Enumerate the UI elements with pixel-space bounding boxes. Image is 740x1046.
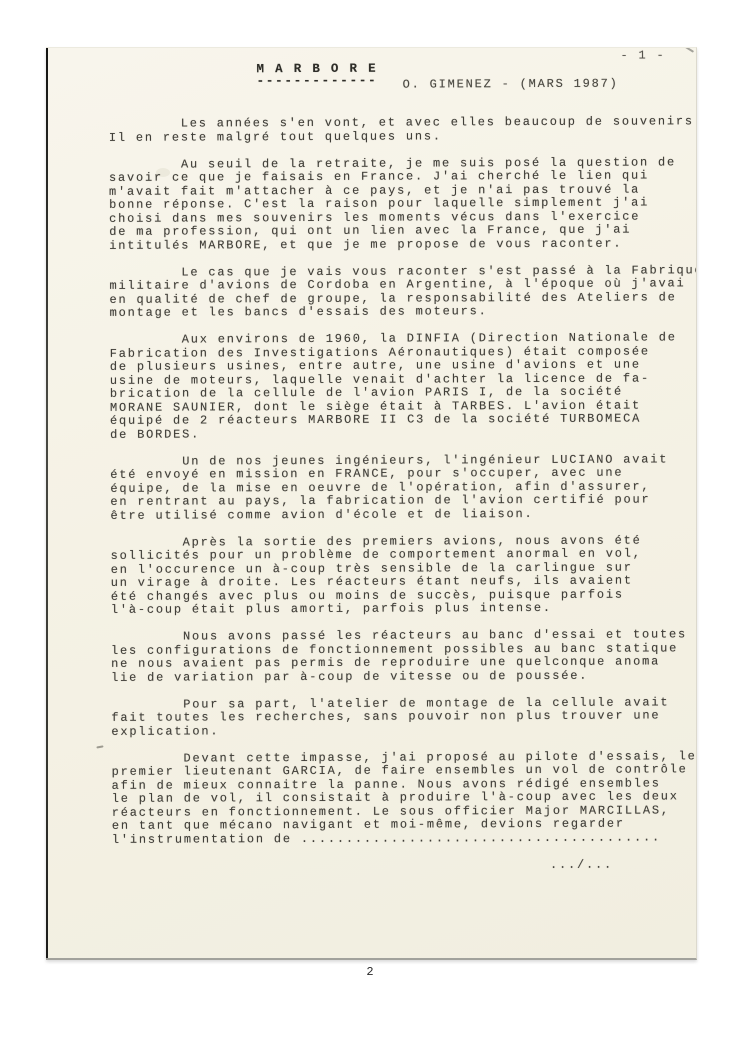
paragraph: Au seuil de la retraite, je me suis posé… [109, 156, 697, 253]
paragraph: Devant cette impasse, j'ai proposé au pi… [111, 750, 697, 847]
typed-page-number: - 1 - [620, 49, 665, 62]
page-scan-edge [46, 48, 48, 958]
paragraph: Après la sortie des premiers avions, nou… [111, 534, 697, 618]
paragraph: Le cas que je vais vous raconter s'est p… [109, 264, 697, 321]
corner-mark [685, 47, 694, 52]
author-byline: O. GIMENEZ - (MARS 1987) [403, 78, 619, 92]
page-content: M A R B O R E ------------- O. GIMENEZ -… [46, 47, 697, 959]
screenshot-root: { "colors": { "background": "#ffffff", "… [0, 0, 740, 1046]
pen-mark [96, 745, 103, 748]
paragraph: Un de nos jeunes ingénieurs, l'ingénieur… [110, 453, 697, 523]
paragraph: Pour sa part, l'atelier de montage de la… [111, 696, 697, 739]
scan-page-number: 2 [362, 965, 378, 979]
continuation-mark: .../... [550, 859, 613, 872]
paragraph: Les années s'en vont, et avec elles beau… [109, 115, 697, 145]
document-body: Les années s'en vont, et avec elles beau… [109, 115, 697, 860]
paragraph: Aux environs de 1960, la DINFIA (Directi… [110, 331, 697, 442]
paragraph: Nous avons passé les réacteurs au banc d… [111, 628, 697, 685]
scanned-document-page: M A R B O R E ------------- O. GIMENEZ -… [46, 47, 697, 960]
title-underline: ------------- [257, 75, 378, 89]
